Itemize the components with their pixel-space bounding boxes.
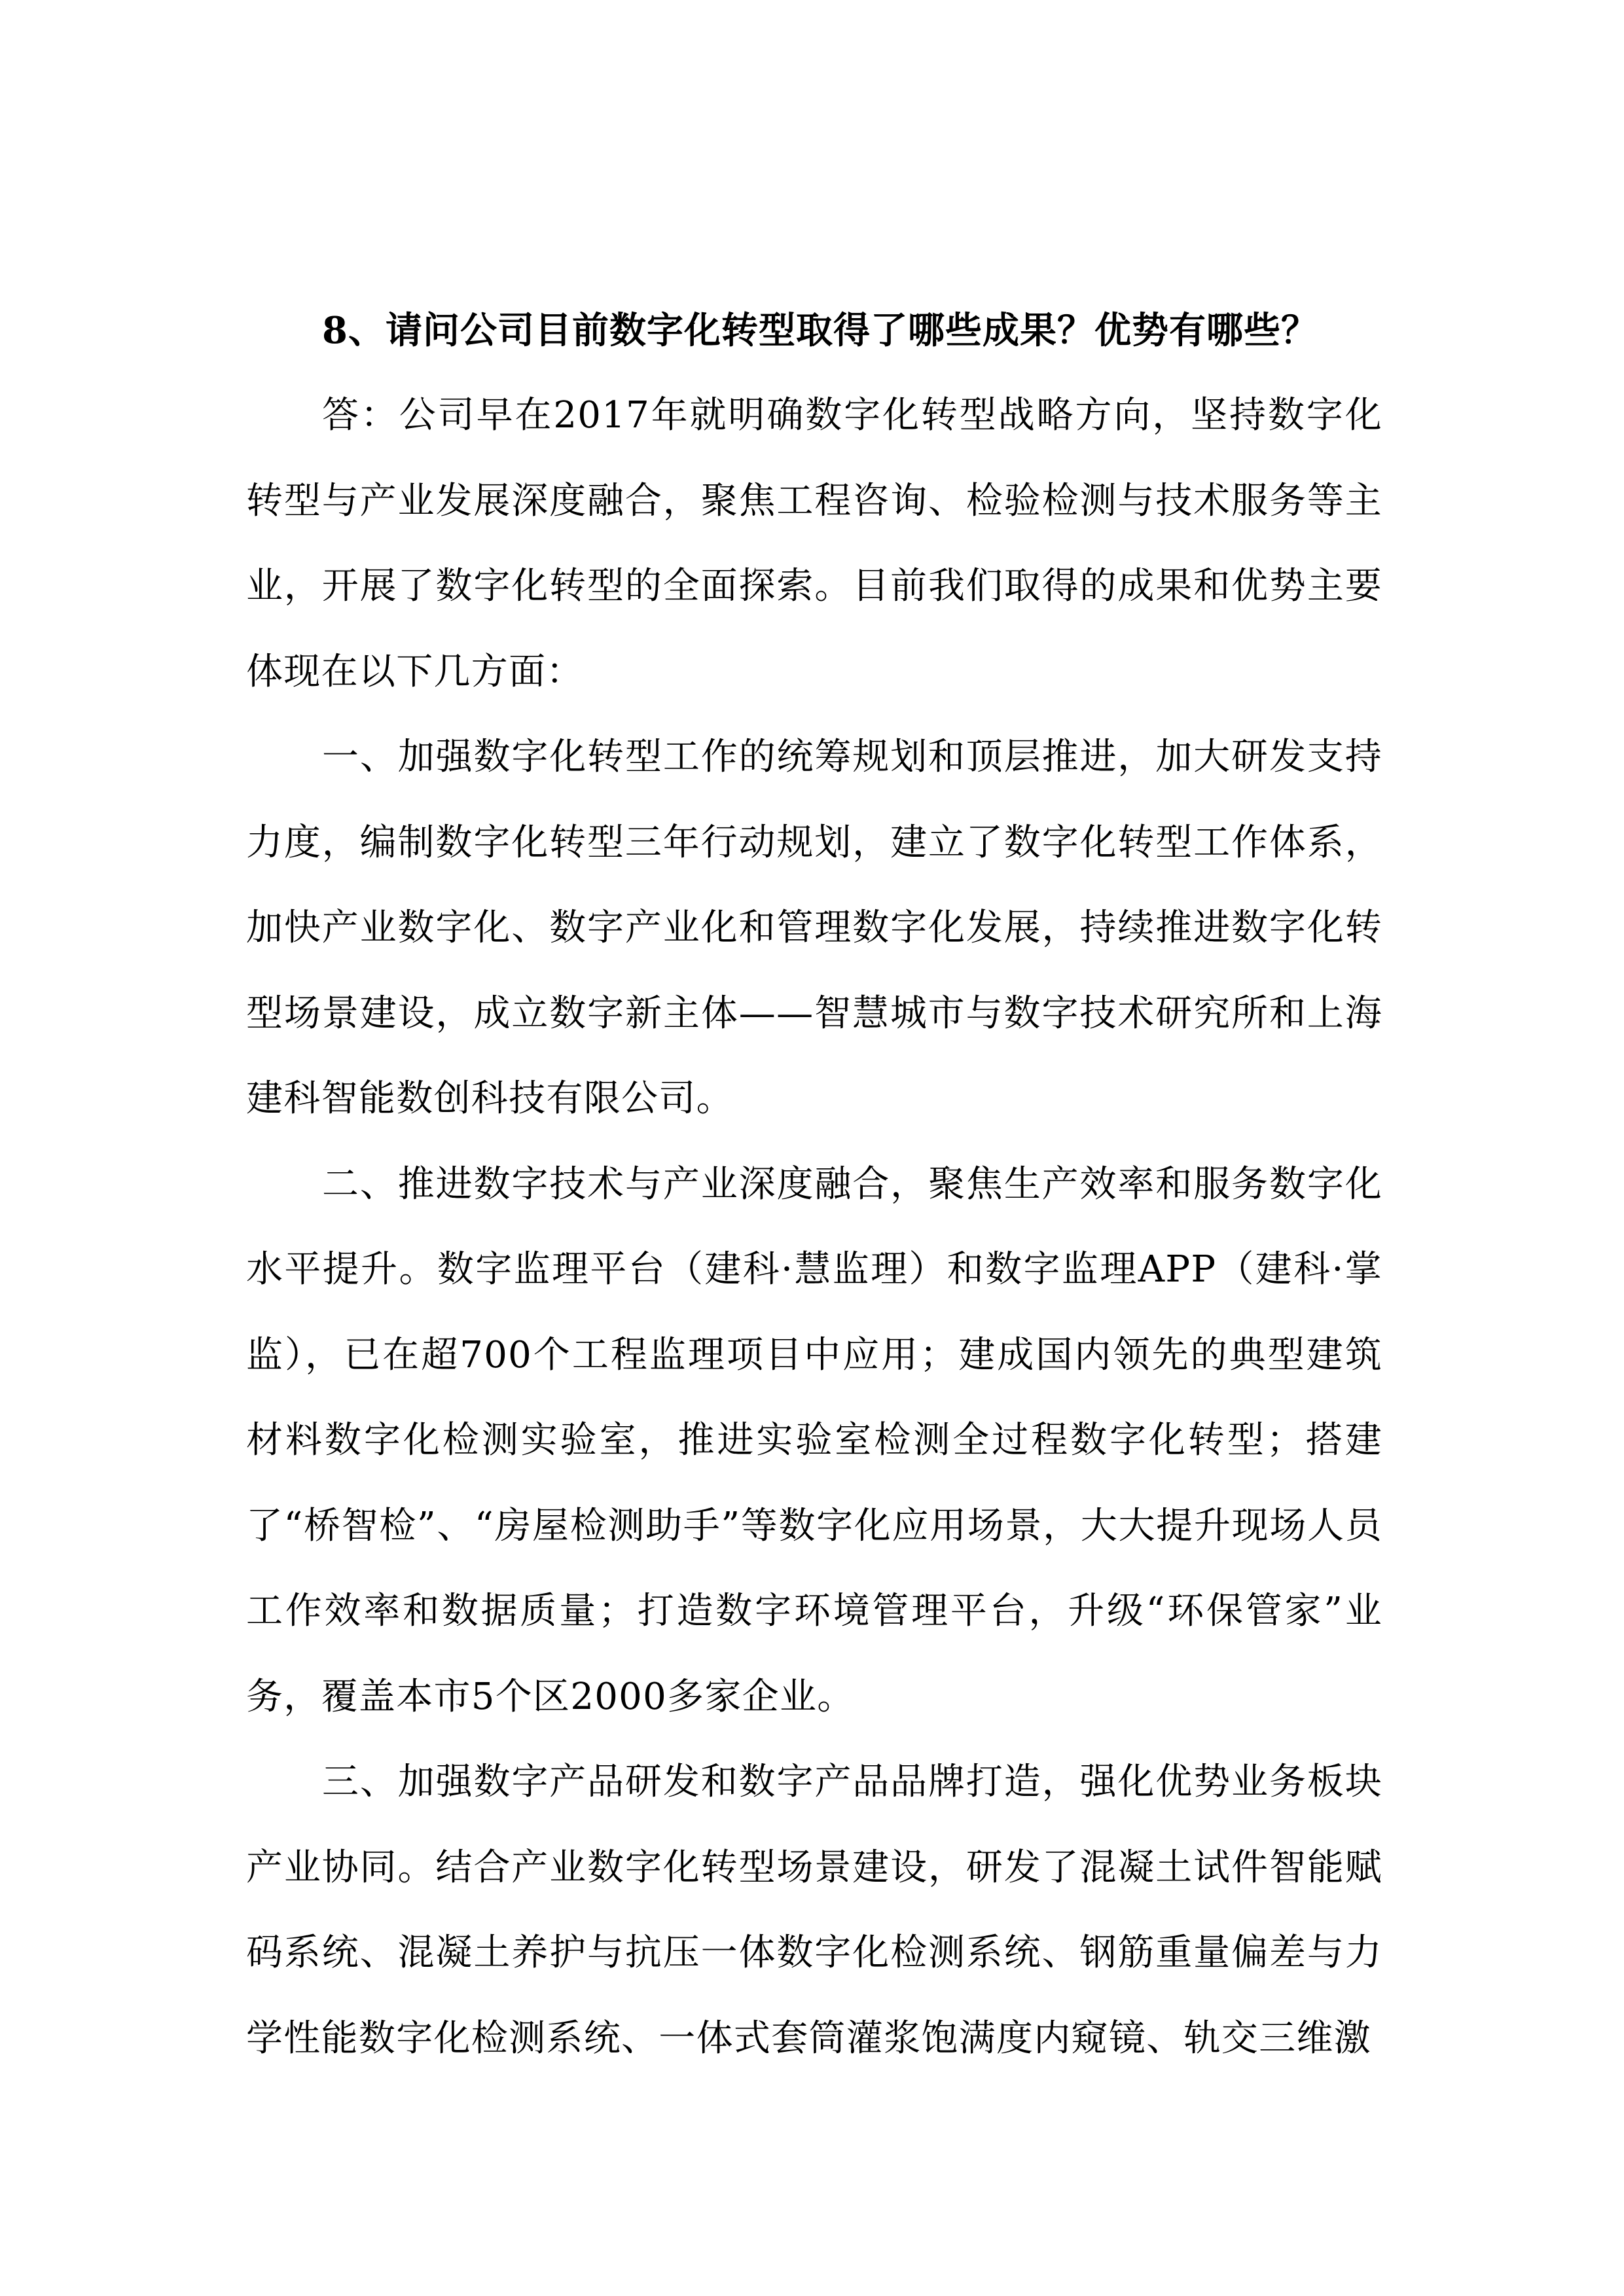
answer-paragraph-intro: 答：公司早在2017年就明确数字化转型战略方向，坚持数字化转型与产业发展深度融合…	[246, 373, 1382, 715]
question-title: 8、请问公司目前数字化转型取得了哪些成果？优势有哪些？	[246, 288, 1382, 373]
answer-paragraph-2: 二、推进数字技术与产业深度融合，聚焦生产效率和服务数字化水平提升。数字监理平台（…	[246, 1142, 1382, 1740]
document-page: 8、请问公司目前数字化转型取得了哪些成果？优势有哪些？ 答：公司早在2017年就…	[246, 288, 1382, 2081]
answer-paragraph-3: 三、加强数字产品研发和数字产品品牌打造，强化优势业务板块产业协同。结合产业数字化…	[246, 1740, 1382, 2081]
answer-paragraph-1: 一、加强数字化转型工作的统筹规划和顶层推进，加大研发支持力度，编制数字化转型三年…	[246, 715, 1382, 1142]
